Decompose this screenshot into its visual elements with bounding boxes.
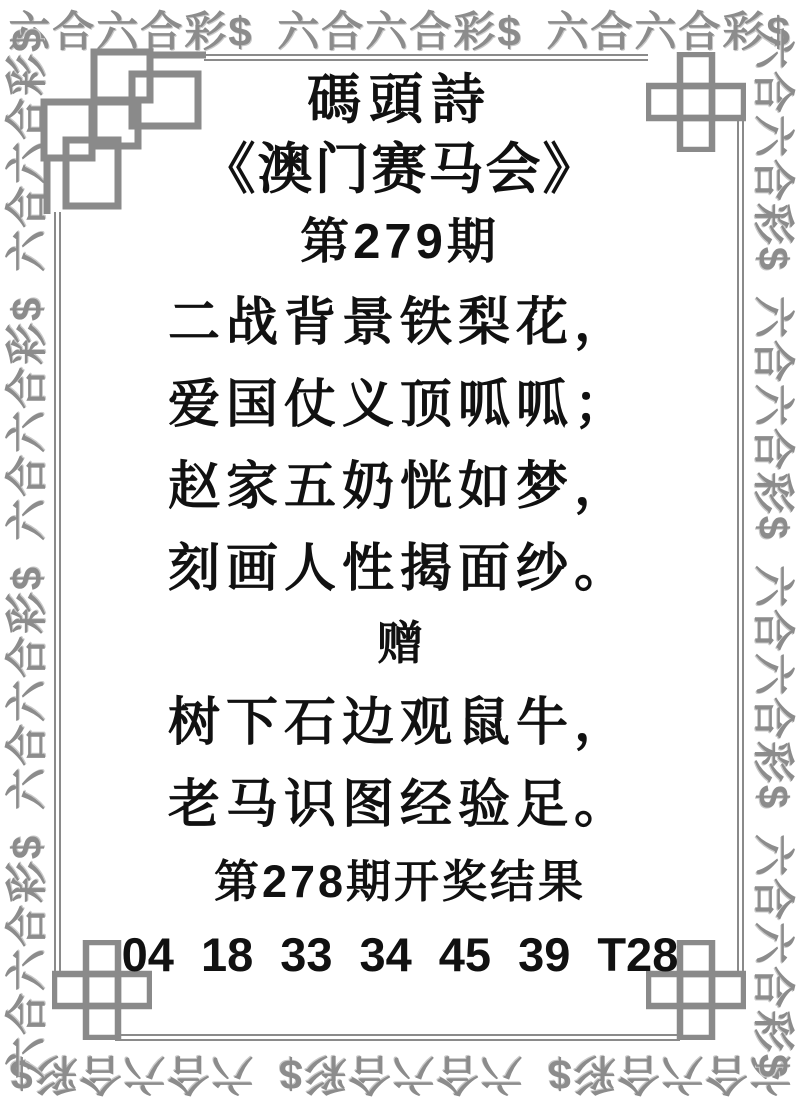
poem-line: 赵家五奶恍如梦， — [168, 440, 632, 522]
page-title: 碼頭詩 — [307, 62, 493, 128]
frame-edge-right — [737, 115, 744, 974]
result-number: 45 — [439, 927, 491, 982]
border-strip-right: 六合六合彩$ 六合六合彩$ 六合六合彩$ 六合六合彩$ — [747, 0, 799, 1107]
poem-line: 二战背景铁梨花， — [168, 276, 632, 358]
poem-panel: 碼頭詩 《澳门赛马会》 第279期 二战背景铁梨花， 爱国仗义顶呱呱； 赵家五奶… — [70, 62, 730, 994]
frame-edge-left — [54, 212, 61, 974]
source-title: 《澳门赛马会》 — [200, 128, 599, 200]
gift-line: 老马识图经验足。 — [168, 758, 632, 840]
result-number: T28 — [597, 927, 678, 982]
result-number: 18 — [201, 927, 253, 982]
frame-edge-bottom — [115, 1034, 680, 1041]
result-number: 39 — [518, 927, 570, 982]
result-number: 34 — [360, 927, 412, 982]
result-number: 33 — [280, 927, 332, 982]
poem-line: 刻画人性揭面纱。 — [168, 522, 632, 604]
poem-line: 爱国仗义顶呱呱； — [168, 358, 632, 440]
result-number: 04 — [122, 927, 174, 982]
gift-label: 赠 — [377, 604, 423, 676]
issue-number: 第279期 — [300, 200, 500, 276]
results-title: 第278期开奖结果 — [214, 840, 586, 914]
border-strip-bottom: 六合六合彩$ 六合六合彩$ 六合六合彩$ — [0, 1048, 800, 1100]
gift-line: 树下石边观鼠牛， — [168, 676, 632, 758]
results-numbers: 04 18 33 34 45 39 T28 — [122, 914, 679, 994]
